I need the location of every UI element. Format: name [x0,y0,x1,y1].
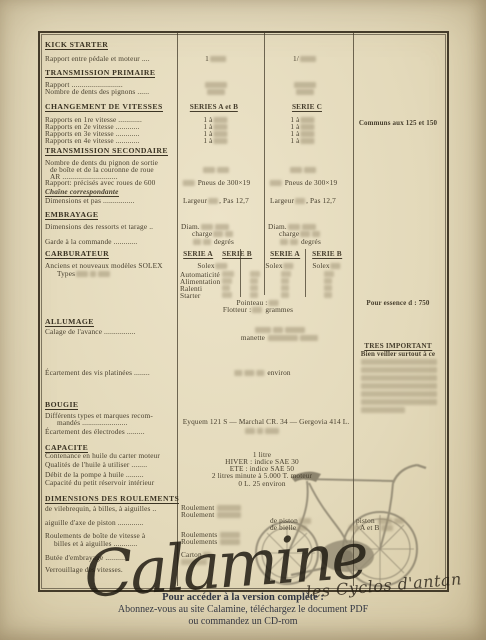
value-pneus-c: Pneus de 300×19 [269,179,338,187]
redacted-text [210,56,226,62]
note-essence: Pour essence d : 750 [366,300,429,308]
value-redacted [206,88,226,96]
column-header-series-ab: SERIES A et B [190,103,238,112]
row-label-kick: Rapport entre pédale et moteur .... [45,55,150,63]
section-title-transmission-secondaire: TRANSMISSION SECONDAIRE [45,147,168,156]
redacted-text [361,367,437,373]
section-title-bougie: BOUGIE [45,401,78,410]
redacted-text [234,370,242,376]
value-text: environ [267,368,290,377]
redacted-text [90,271,96,277]
row-label-rapport-roues: Rapport: précisés avec roues de 600 [45,179,155,187]
value-text: 1 à [203,136,212,145]
section-title-kick-starter: KICK STARTER [45,41,108,50]
redacted-text [324,285,332,291]
footer-line-1: Pour accéder à la version complète : [0,592,486,603]
column-header-serie-c: SERIE C [292,103,322,112]
value-pneus-ab: Pneus de 300×19 [182,179,251,187]
value-solex-ab: Solex [197,262,228,270]
row-label-electrodes: Écartement des électrodes ......... [45,428,145,436]
redacted-text [295,198,305,204]
value-largeur-ab: Largeur, Pas 12,7 [183,197,249,205]
redacted-text [361,383,437,389]
redacted-text [285,327,305,333]
row-label-dents-pignons: Nombre de dents des pignons ...... [45,88,149,96]
value-text: Pneus de 300×19 [198,178,251,187]
value-degres-c: degrés [279,238,321,246]
carb-subdivider-right [305,249,306,297]
spec-table: KICK STARTER Rapport entre pédale et mot… [38,31,449,592]
redacted-text [296,89,314,95]
redacted-text [222,271,234,277]
value-text: degrés [214,237,234,246]
redacted-text [214,138,228,144]
carb-sub-label-starter: Starter [180,292,201,300]
row-label-reservoir: Capacité du petit réservoir intérieur [45,479,154,487]
column-header-serie-b1: SERIE B [222,250,252,259]
note-lead-tres-important: Bien veiller surtout à ce [361,351,435,359]
redacted-text [250,285,258,291]
redacted-text [183,180,195,186]
footer-line-3: ou commandez un CD-rom [0,616,486,627]
value-ratio: 1 à [203,137,228,145]
redacted-text [281,292,289,298]
row-label-contenance: Contenance en huile du carter moteur [45,452,160,460]
redacted-text [290,239,298,245]
value-degres-ab: degrés [192,238,234,246]
value-text: Solex [312,261,329,270]
column-header-serie-b2: SERIE B [312,250,342,259]
column-header-serie-a1: SERIE A [183,250,213,259]
value-roulement-2: Roulement [181,511,242,519]
value-solex-c1: Solex [265,262,294,270]
value-text: , Pas 12,7 [306,196,336,205]
row-label-calage: Calage de l'avance ................ [45,328,136,336]
column-header-serie-a2: SERIE A [270,250,300,259]
redacted-text [203,167,215,173]
redacted-text [290,167,302,173]
redacted-text [252,307,262,313]
section-title-carburateur: CARBURATEUR [45,250,109,259]
value-text: 1/ [293,54,299,63]
scanned-page: KICK STARTER Rapport entre pédale et mot… [0,0,486,640]
redacted-text [250,278,258,284]
value-text: manette [241,333,265,342]
redacted-text [217,512,241,518]
value-text: charge [192,229,212,238]
value-bougies: Eyquem 121 S — Marchal CR. 34 — Gergovia… [183,418,350,426]
note-communs: Communs aux 125 et 150 [359,120,437,128]
section-title-embrayage: EMBRAYAGE [45,211,98,220]
value-text: charge [279,229,299,238]
value-text: 1 à [290,136,299,145]
redacted-text [193,239,201,245]
redacted-text [216,263,228,269]
redacted-text [324,278,332,284]
value-redacted [289,166,317,174]
redacted-text [203,239,211,245]
section-title-transmission-primaire: TRANSMISSION PRIMAIRE [45,69,155,78]
redacted-text [222,278,232,284]
redacted-text [265,428,279,434]
value-text: degrés [301,237,321,246]
redacted-text [324,292,332,298]
value-text: grammes [265,305,293,314]
redacted-text [301,138,315,144]
value-text: , Pas 12,7 [219,196,249,205]
value-largeur-c: Largeur, Pas 12,7 [270,197,336,205]
row-label-types: Types [57,270,111,278]
value-kick-c: 1/ [293,55,317,63]
redacted-text [245,428,255,434]
value-kick-ab: 1 [205,55,227,63]
redacted-text [217,167,229,173]
redacted-text [98,271,110,277]
redacted-text [280,239,288,245]
redacted-text [324,271,334,277]
row-label-vilebrequin: de vilebrequin, à billes, à aiguilles .. [45,505,156,513]
redacted-text [300,335,318,341]
redacted-text [281,285,289,291]
value-redacted [244,427,280,435]
redacted-text [331,263,341,269]
redacted-text [244,370,254,376]
row-label-ressorts: Dimensions des ressorts et tarage .. [45,223,153,231]
redacted-text [394,518,404,524]
row-label-mandes: mandés ....................... [57,419,128,427]
redacted-text [300,56,316,62]
value-text: Roulement [181,510,214,519]
value-text: Solex [197,261,214,270]
value-manette: manette [241,334,319,342]
redacted-text [257,428,263,434]
value-text: Pneus de 300×19 [285,178,338,187]
value-text: Flotteur : [223,305,251,314]
redacted-text [361,399,437,405]
redacted-text [273,327,283,333]
redacted-text [361,375,437,381]
redacted-text [361,359,437,365]
redacted-text [361,407,405,413]
redacted-text [284,263,294,269]
row-label-vitesse-4: Rapports en 4e vitesse ............ [45,137,139,145]
redacted-text [208,198,218,204]
redacted-text [270,180,282,186]
value-text: Solex [265,261,282,270]
redacted-text [268,335,298,341]
redacted-text [381,525,393,531]
redacted-text [222,285,230,291]
redacted-text [256,370,264,376]
section-title-changement-vitesses: CHANGEMENT DE VITESSES [45,103,163,112]
value-environ: environ [233,369,290,377]
column-divider-2 [264,33,265,295]
section-title-allumage: ALLUMAGE [45,318,94,327]
value-text: 1 [205,54,209,63]
value-text: Largeur [183,196,207,205]
row-label-garde: Garde à la commande ............ [45,238,137,246]
redacted-text [76,271,88,277]
redacted-text [361,391,437,397]
redacted-text [281,271,291,277]
redacted-text [207,89,225,95]
value-flotteur: Flotteur : grammes [223,306,293,314]
row-label-axe-piston: aiguille d'axe de piston ............. [45,519,143,527]
row-label-qualites-huile: Qualités de l'huile à utiliser ........ [45,461,147,469]
row-label-dimensions-pas: Dimensions et pas ................ [45,197,135,205]
value-redacted [295,88,315,96]
redacted-text [304,167,316,173]
value-solex-c2: Solex [312,262,341,270]
redacted-text [222,292,232,298]
footer-line-2: Abonnez-vous au site Calamine, télécharg… [0,604,486,615]
redacted-text [250,271,260,277]
row-label-vis-platinees: Écartement des vis platinées ........ [45,369,150,377]
value-redacted [202,166,230,174]
value-text: Largeur [270,196,294,205]
value-ratio: 1 à [290,137,315,145]
value-reservoir: 0 L. 25 environ [238,480,285,488]
section-title-roulements: DIMENSIONS DES ROULEMENTS [45,495,179,504]
redacted-text [281,278,289,284]
value-text: Types [57,269,75,278]
